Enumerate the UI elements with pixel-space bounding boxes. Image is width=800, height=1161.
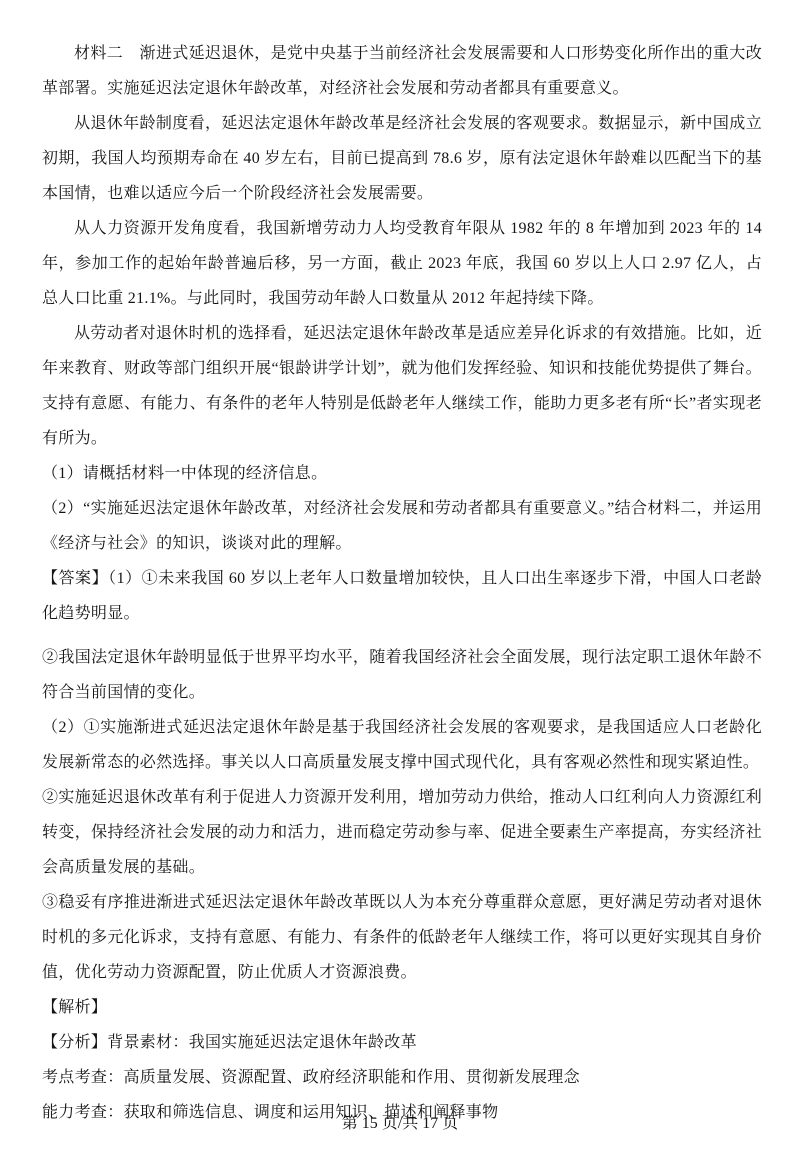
paragraph-analysis-background: 【分析】背景素材：我国实施延迟法定退休年龄改革 xyxy=(42,1025,762,1060)
document-content: 材料二 渐进式延迟退休，是党中央基于当前经济社会发展需要和人口形势变化所作出的重… xyxy=(0,0,800,1130)
paragraph-answer-2-point-1: （2）①实施渐进式延迟法定退休年龄是基于我国经济社会发展的客观要求，是我国适应人… xyxy=(42,710,762,780)
paragraph-answer-1-point-2: ②我国法定退休年龄明显低于世界平均水平，随着我国经济社会全面发展，现行法定职工退… xyxy=(42,640,762,710)
paragraph-answer-2-point-2: ②实施延迟退休改革有利于促进人力资源开发利用，增加劳动力供给，推动人口红利向人力… xyxy=(42,780,762,885)
document-page: 材料二 渐进式延迟退休，是党中央基于当前经济社会发展需要和人口形势变化所作出的重… xyxy=(0,0,800,1161)
paragraph-worker-choice: 从劳动者对退休时机的选择看，延迟法定退休年龄改革是适应差异化诉求的有效措施。比如… xyxy=(42,316,762,456)
paragraph-material-2-intro: 材料二 渐进式延迟退休，是党中央基于当前经济社会发展需要和人口形势变化所作出的重… xyxy=(42,36,762,106)
paragraph-question-1: （1）请概括材料一中体现的经济信息。 xyxy=(42,456,762,491)
paragraph-analysis-exam-points: 考点考查：高质量发展、资源配置、政府经济职能和作用、贯彻新发展理念 xyxy=(42,1060,762,1095)
paragraph-answer-1-point-1: 【答案】（1）①未来我国 60 岁以上老年人口数量增加较快，且人口出生率逐步下滑… xyxy=(42,561,762,631)
paragraph-question-2: （2）“实施延迟法定退休年龄改革，对经济社会发展和劳动者都具有重要意义。”结合材… xyxy=(42,491,762,561)
paragraph-analysis-header: 【解析】 xyxy=(42,990,762,1025)
paragraph-answer-2-point-3: ③稳妥有序推进渐进式延迟法定退休年龄改革既以人为本充分尊重群众意愿，更好满足劳动… xyxy=(42,885,762,990)
paragraph-human-resources: 从人力资源开发角度看，我国新增劳动力人均受教育年限从 1982 年的 8 年增加… xyxy=(42,211,762,316)
paragraph-retirement-system: 从退休年龄制度看，延迟法定退休年龄改革是经济社会发展的客观要求。数据显示，新中国… xyxy=(42,106,762,211)
page-number-footer: 第 15 页/共 17 页 xyxy=(0,1110,800,1133)
